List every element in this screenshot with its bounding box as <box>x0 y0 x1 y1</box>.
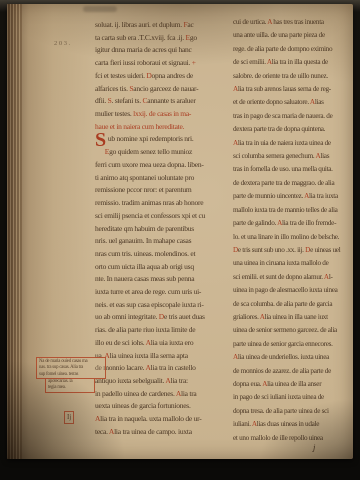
manuscript-line: ta carta sub era .T.C.xviij. fca .ij. Eg… <box>95 32 235 45</box>
ink-text: carta fieri iussi roboraui et signaui. <box>95 58 192 67</box>
screenshot-root: 203. soluat. ij. libras auri. et duplum.… <box>0 0 360 480</box>
ink-text: igitur dnna maria de acres qui hanc <box>95 45 192 54</box>
ink-text: lia tra uinea de campo. iuxta <box>114 427 192 436</box>
ink-text: mulier testes. <box>95 109 133 118</box>
catchword-mark: j <box>313 442 315 452</box>
ink-text: lo. et una linare in illo molino de bels… <box>233 233 339 241</box>
archival-folio-number: 203. <box>54 40 72 47</box>
ink-text: lia tra in castello <box>151 363 196 372</box>
rubric-text: haue et in naiera cum hereditate. <box>95 122 184 131</box>
manuscript-line: sci emilii. et sunt de dopno alamur. Al- <box>233 271 360 284</box>
manuscript-line: mulier testes. lxxij. de casas in ma- <box>95 108 235 121</box>
manuscript-line: de dextera parte tra de maggrao. de alia <box>233 177 360 190</box>
ink-text: lia tra sub arenos lauas serna de reg- <box>238 85 331 93</box>
manuscript-line: fci et testes uideri. Dopna andres de <box>95 70 235 83</box>
manuscript-line: mallolo iuxta tra de mannio telles de al… <box>233 204 360 217</box>
ink-text: annante ts araluer <box>147 96 195 105</box>
manuscript-line: grialiores. Alia uinea in illa uane iuxt <box>233 311 360 324</box>
ink-text: lia uinea de illa anser <box>267 380 321 388</box>
manuscript-line: de sci emilii. Alia tra in illa questa d… <box>233 56 360 69</box>
ink-text: de dextera parte tra de maggrao. de alia <box>233 179 334 187</box>
ink-text: nris. uel ganauim. In mahape casas <box>95 236 191 245</box>
manuscript-line: dopna tresa. de alia parte uinea de sci <box>233 405 360 418</box>
ink-text: de monnios de azarez. de alia parte de <box>233 367 331 375</box>
ink-text: e tris auet duas <box>164 312 205 321</box>
ink-text: opna andres de <box>152 71 193 80</box>
manuscript-line: soluat. ij. libras auri. et duplum. Fac <box>95 19 235 32</box>
ink-text: mallolo iuxta tra de mannio telles de al… <box>233 206 338 214</box>
manuscript-line: ua. Alia uinea iuxta illa serna apta <box>95 350 235 363</box>
manuscript-line: alfarices tis. Sancio garceez de nauar- <box>95 83 235 96</box>
ink-text: sci emilij psencia et confessors xpi et … <box>95 211 205 220</box>
manuscript-line: antiquo iuxta sebelgualit. Alia tra: <box>95 375 235 388</box>
ink-text: lia uinea de underiellos. iuxta uinea <box>238 353 329 361</box>
margin-note: Na de maria ouied casas manas. tra sup c… <box>36 357 106 393</box>
ink-text: uinea de senior sermeno garceez. de alia <box>233 326 337 334</box>
manuscript-line: parte de munnio uincentez. Alia tra iuxt… <box>233 190 360 203</box>
ink-text: lias duas uineas in udale <box>257 420 319 428</box>
ink-text: et de oriente dopno saluatore. <box>233 98 310 106</box>
ink-text: e tris sunt sub uno .xx. iij. <box>238 246 305 254</box>
manuscript-line: de sca columba. de alia parte de garcia <box>233 298 360 311</box>
ink-text: orto cum uicta illa aqua ab origi usq <box>95 262 194 271</box>
ink-text: rege. de alia parte de dompno eximino <box>233 45 332 53</box>
ink-text: dopna tresa. de alia parte uinea de sci <box>233 407 329 415</box>
manuscript-line: sci emilij psencia et confessors xpi et … <box>95 210 235 223</box>
ink-text: lia tra in illa questa de <box>272 58 328 66</box>
ink-text: has tres tras inuenta <box>272 18 324 26</box>
ink-text: remissione pccor nror: et parentum <box>95 185 191 194</box>
manuscript-line: Ego quidem senez tello munioz <box>95 146 235 159</box>
ink-text: illo eu de sci iohs. <box>95 338 146 347</box>
manuscript-line: nris. uel ganauim. In mahape casas <box>95 235 235 248</box>
ink-text: iuliani. <box>233 420 252 428</box>
stacked-page-edges <box>7 4 22 459</box>
ink-text: dextera parte tra de dopna quintena. <box>233 125 325 133</box>
ink-text: dfii. <box>95 96 108 105</box>
manuscript-line: nras cum tris. uineas. molendinos. et <box>95 248 235 261</box>
ink-text: ferri cum uxore mea ueza dopna. liben- <box>95 160 204 169</box>
ink-text: ta carta sub era .T.C.xviij. fca .ij. <box>95 33 186 42</box>
manuscript-line: carta fieri iussi roboraui et signaui. + <box>95 57 235 70</box>
ink-text: cui de urtica. <box>233 18 267 26</box>
ink-text: lias <box>320 152 329 160</box>
rubric-text: + <box>192 58 196 67</box>
manuscript-line: uo ab omni integritate. De tris auet dua… <box>95 311 235 324</box>
manuscript-line: et de oriente dopno saluatore. Alias <box>233 96 360 109</box>
manuscript-line: uinea de senior sermeno garceez. de alia <box>233 324 360 337</box>
manuscript-line: Alia tra in uia de naiera iuxta uinea de <box>233 137 360 150</box>
ink-text: alfarices tis. <box>95 84 129 93</box>
ink-text: dopna eua. <box>233 380 262 388</box>
ink-text: l- <box>329 273 333 281</box>
ink-text: uinea in pago de alesmacello iuxta uinea <box>233 286 338 294</box>
ink-text: nras cum tris. uineas. molendinos. et <box>95 249 195 258</box>
manuscript-line: igitur dnna maria de acres qui hanc <box>95 44 235 57</box>
ink-text: ac <box>187 20 193 29</box>
ink-text: soluat. ij. libras auri. et duplum. <box>95 20 184 29</box>
manuscript-line: Sub nomine xpi redemptoris nri. <box>95 133 235 146</box>
ink-text: . stefani ts. <box>112 96 143 105</box>
ink-text: lia tra: <box>171 376 188 385</box>
ink-text: lias <box>315 98 324 106</box>
manuscript-line: in padello uinea de cardenes. Alia tra <box>95 388 235 401</box>
ink-text: lia tra in naquela. uxta mallolo de ur- <box>100 414 201 423</box>
manuscript-line: salobre. de oriente tra de uillo nunez. <box>233 70 360 83</box>
ink-text: lia uinea in illa uane iuxt <box>265 313 328 321</box>
ink-text: lia uia iuxta ero <box>151 338 194 347</box>
manuscript-line: nte. In nauera casas meas sub penna <box>95 273 235 286</box>
ink-text: lia tra iuxta <box>309 192 338 200</box>
rubric-text: lxxij. de casas in ma- <box>133 109 191 118</box>
ink-text: parte uinea de senior garcia ennecores. <box>233 340 333 348</box>
manuscript-line: orto cum uicta illa aqua ab origi usq <box>95 261 235 274</box>
ink-text: uexta uineas de garcia fortuniones. <box>95 401 191 410</box>
manuscript-line: ti animo atq spontanei uoluntate pro <box>95 172 235 185</box>
manuscript-line: una uinea in ciruana iuxta mallolo de <box>233 257 360 270</box>
ink-text: in padello uinea de cardenes. <box>95 389 176 398</box>
ink-text: tras in fornella de uso. una mella quita… <box>233 165 333 173</box>
margin-note-box-bottom: apotecarias. lategia mea. <box>45 379 95 394</box>
ink-text: tras in pago de sca maria de nauera. de <box>233 112 332 120</box>
manuscript-line: remissione pccor nror: et parentum <box>95 184 235 197</box>
manuscript-line: rege. de alia parte de dompno eximino <box>233 43 360 56</box>
ink-text: ti animo atq spontanei uoluntate pro <box>95 173 194 182</box>
manuscript-line: Alia uinea de underiellos. iuxta uinea <box>233 351 360 364</box>
ink-text: neis. et eas sup casa episcopale iuxta r… <box>95 300 204 309</box>
manuscript-line: in pago de sci iuliani iuxta uinea de <box>233 391 360 404</box>
manuscript-line: haue et in naiera cum hereditate. <box>95 121 235 134</box>
ink-text: salobre. de oriente tra de uillo nunez. <box>233 72 328 80</box>
margin-note-box-top: Na de maria ouied casas manas. tra sup c… <box>36 357 106 379</box>
text-column-right: cui de urtica. A has tres tras inuentaun… <box>233 16 360 445</box>
ink-text: in pago de sci iuliani iuxta uinea de <box>233 393 324 401</box>
ink-text: remissio. tradim animas nras ab honore <box>95 198 203 207</box>
manuscript-line: remissio. tradim animas nras ab honore <box>95 197 235 210</box>
text-column-left: soluat. ij. libras auri. et duplum. Fact… <box>95 19 235 439</box>
ink-text: una uinea in ciruana iuxta mallolo de <box>233 259 328 267</box>
manuscript-line: et uno mallolo de ille repollo uinea <box>233 432 360 445</box>
manuscript-line: tras in pago de sca maria de nauera. de <box>233 110 360 123</box>
ink-text: hereditate qm habuim de parentibus <box>95 224 194 233</box>
manuscript-line: illo eu de sci iohs. Alia uia iuxta ero <box>95 337 235 350</box>
manuscript-line: dopna eua. Alia uinea de illa anser <box>233 378 360 391</box>
margin-note-line: sup fornel uinea. terras <box>39 372 103 378</box>
manuscript-line: cui de urtica. A has tres tras inuenta <box>233 16 360 29</box>
ink-text: lia tra in uia de naiera iuxta uinea de <box>238 139 331 147</box>
manuscript-line: hereditate qm habuim de parentibus <box>95 223 235 236</box>
ink-text: go <box>190 33 197 42</box>
ink-text: e uineas uel <box>310 246 340 254</box>
ink-text: nte. In nauera casas meas sub penna <box>95 274 194 283</box>
ink-text: teca. <box>95 427 109 436</box>
ink-text: et uno mallolo de ille repollo uinea <box>233 434 323 442</box>
ink-text: iuxta turre et area de rege. cum uris ui… <box>95 287 201 296</box>
manuscript-line: De tris sunt sub uno .xx. iij. De uineas… <box>233 244 360 257</box>
ink-text: una ante uilla. de una parte pieza de <box>233 31 325 39</box>
manuscript-line: de monnio lacare. Alia tra in castello <box>95 362 235 375</box>
manuscript-line: iuliani. Alias duas uineas in udale <box>233 418 360 431</box>
manuscript-line: Alia tra sub arenos lauas serna de reg- <box>233 83 360 96</box>
ink-text: fci et testes uideri. <box>95 71 146 80</box>
manuscript-line: una ante uilla. de una parte pieza de <box>233 29 360 42</box>
manuscript-line: parte uinea de senior garcia ennecores. <box>233 338 360 351</box>
manuscript-line: neis. et eas sup casa episcopale iuxta r… <box>95 299 235 312</box>
manuscript-line: dextera parte tra de dopna quintena. <box>233 123 360 136</box>
manuscript-line: dfii. S. stefani ts. Cannante ts araluer <box>95 95 235 108</box>
ink-text: ub nomine xpi redemptoris nri. <box>108 134 194 143</box>
ink-text: de sci emilii. <box>233 58 267 66</box>
manuscript-line: teca. Alia tra uinea de campo. iuxta <box>95 426 235 439</box>
margin-note-line: tegia mea. <box>48 385 92 391</box>
rubricated-initial: S <box>95 134 106 146</box>
ink-text: sci columba semera genechum. <box>233 152 316 160</box>
manuscript-line: uexta uineas de garcia fortuniones. <box>95 400 235 413</box>
ink-text: go quidem senez tello munioz <box>109 147 192 156</box>
manuscript-line: Alia tra in naquela. uxta mallolo de ur- <box>95 413 235 426</box>
manuscript-line: ferri cum uxore mea ueza dopna. liben- <box>95 159 235 172</box>
manuscript-line: tras in fornella de uso. una mella quita… <box>233 163 360 176</box>
ink-text: lia uinea iuxta illa serna apta <box>110 351 188 360</box>
ink-text <box>95 147 105 156</box>
manuscript-line: de monnios de azarez. de alia parte de <box>233 365 360 378</box>
manuscript-line: lo. et una linare in illo molino de bels… <box>233 231 360 244</box>
ink-text: lia tra <box>181 389 197 398</box>
ink-text: uo ab omni integritate. <box>95 312 159 321</box>
manuscript-line: uinea in pago de alesmacello iuxta uinea <box>233 284 360 297</box>
ink-text: parte de munnio uincentez. <box>233 192 304 200</box>
ink-text: sci emilii. et sunt de dopno alamur. <box>233 273 324 281</box>
ink-text: ancio garceez de nauar- <box>133 84 198 93</box>
manuscript-line: sci columba semera genechum. Alias <box>233 150 360 163</box>
ink-text: parte de galindo. <box>233 219 277 227</box>
manuscript-line: parte de galindo. Alia tra de illo fremd… <box>233 217 360 230</box>
manuscript-page: 203. soluat. ij. libras auri. et duplum.… <box>7 4 353 459</box>
ink-text: de sca columba. de alia parte de garcia <box>233 300 332 308</box>
ink-text: rias. de alia parte riuo iuxta limite de <box>95 325 195 334</box>
top-margin-smudge <box>83 6 117 12</box>
margin-note-mark: Ij <box>64 411 74 424</box>
ink-text: lia tra de illo fremde- <box>282 219 336 227</box>
manuscript-line: iuxta turre et area de rege. cum uris ui… <box>95 286 235 299</box>
ink-text: grialiores. <box>233 313 260 321</box>
manuscript-line: rias. de alia parte riuo iuxta limite de <box>95 324 235 337</box>
